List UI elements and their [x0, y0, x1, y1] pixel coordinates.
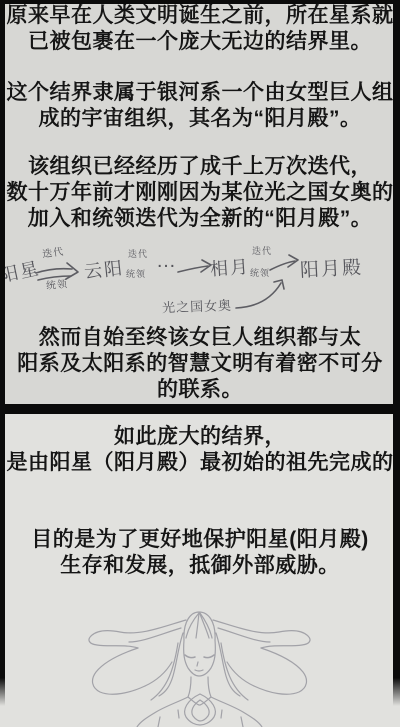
- diagram-node-yunyang: 云阳: [83, 254, 125, 284]
- paragraph-3: 该组织已经经历了成千上万次迭代， 数十万年前才刚刚因为某位光之国女奥的 加入和统…: [4, 154, 396, 232]
- diagram-note2-top: 迭代: [128, 247, 148, 260]
- paragraph-2: 这个结界隶属于银河系一个由女型巨人组 成的宇宙组织，其名为“阳月殿”。: [4, 80, 396, 132]
- text-line: 如此庞大的结界，: [4, 424, 396, 450]
- text-line: 成的宇宙组织，其名为“阳月殿”。: [4, 106, 396, 132]
- paragraph-1: 原来早在人类文明诞生之前，所在星系就 已被包裹在一个庞大无边的结界里。: [4, 3, 396, 55]
- diagram-ellipsis: …: [156, 250, 177, 273]
- left-border-bar: [0, 0, 5, 706]
- text-line: 加入和统领迭代为全新的“阳月殿”。: [4, 206, 396, 232]
- diagram-annotation-ultrawoman: 光之国女奥: [162, 295, 233, 316]
- text-line: 数十万年前才刚刚因为某位光之国女奥的: [4, 180, 396, 206]
- goddess-pencil-sketch: [0, 598, 400, 727]
- diagram-node-xiangyue: 相月: [209, 253, 251, 282]
- handwritten-iteration-diagram: 阳星 迭代 统领 云阳 迭代 统领 … 相月 迭代 统领 阳月殿 光之国女奥: [0, 246, 400, 326]
- paragraph-5: 如此庞大的结界， 是由阳星（阳月殿）最初始的祖先完成的: [4, 424, 396, 476]
- text-line: 然而自始至终该女巨人组织都与太: [4, 325, 396, 351]
- panel-divider-bar: [0, 404, 400, 414]
- diagram-node-yangyuedian: 阳月殿: [299, 252, 363, 282]
- comic-page: 原来早在人类文明诞生之前，所在星系就 已被包裹在一个庞大无边的结界里。 这个结界…: [0, 0, 400, 727]
- text-line: 目的是为了更好地保护阳星(阳月殿): [4, 527, 396, 553]
- text-line: 这个结界隶属于银河系一个由女型巨人组: [4, 80, 396, 106]
- text-line: 阳系及太阳系的智慧文明有着密不可分: [4, 351, 396, 377]
- diagram-arrow1-label-top: 迭代: [41, 243, 65, 261]
- diagram-note2-bottom: 统领: [126, 267, 146, 280]
- goddess-sketch-drawing: [0, 598, 400, 727]
- diagram-note3-top: 迭代: [252, 244, 272, 257]
- text-line: 已被包裹在一个庞大无边的结界里。: [4, 29, 396, 55]
- paragraph-6: 目的是为了更好地保护阳星(阳月殿) 生存和发展，抵御外部威胁。: [4, 527, 396, 579]
- diagram-arrow1-label-bottom: 统领: [45, 275, 68, 292]
- text-line: 的联系。: [4, 377, 396, 403]
- text-line: 原来早在人类文明诞生之前，所在星系就: [4, 3, 396, 29]
- paragraph-4: 然而自始至终该女巨人组织都与太 阳系及太阳系的智慧文明有着密不可分 的联系。: [4, 325, 396, 403]
- right-border-bar: [393, 0, 400, 706]
- top-border-bar: [0, 0, 400, 4]
- text-line: 生存和发展，抵御外部威胁。: [4, 553, 396, 579]
- text-line: 该组织已经经历了成千上万次迭代，: [4, 154, 396, 180]
- diagram-note3-bottom: 统领: [250, 266, 270, 279]
- text-line: 是由阳星（阳月殿）最初始的祖先完成的: [4, 450, 396, 476]
